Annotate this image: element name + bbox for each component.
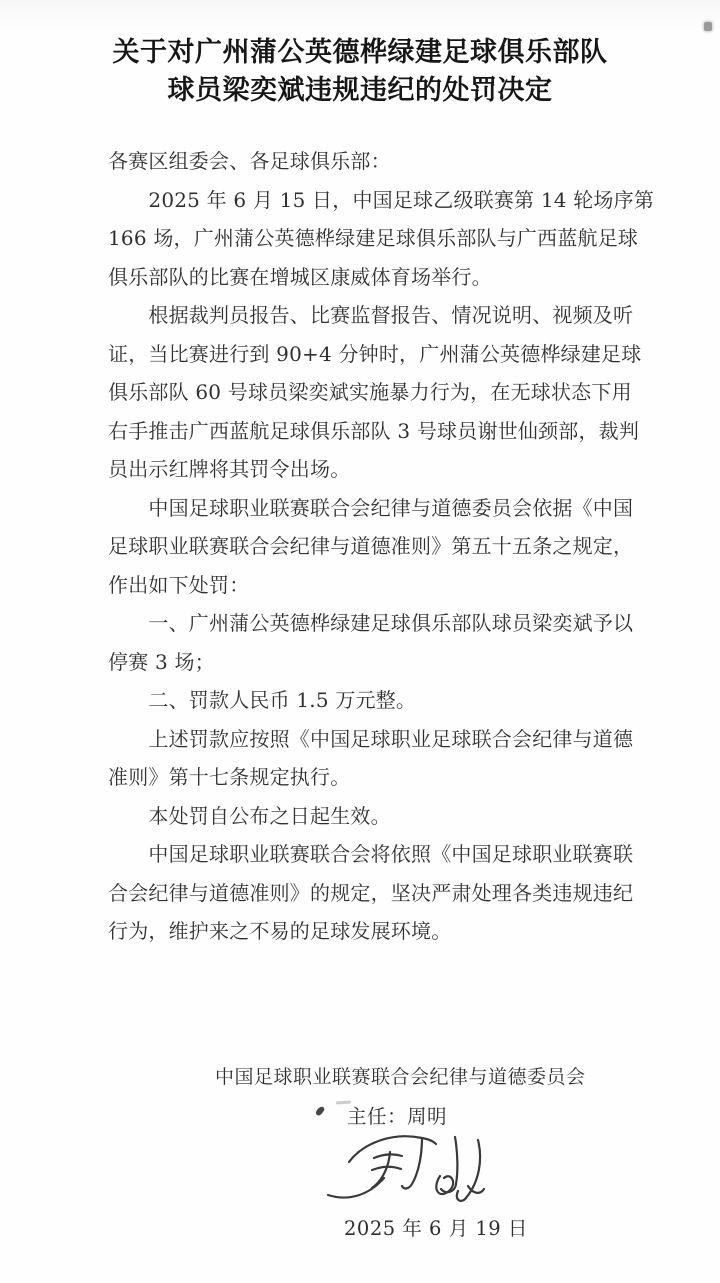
body-line: 俱乐部队 60 号球员梁奕斌实施暴力行为，在无球状态下用	[108, 373, 622, 412]
closing-committee-name: 中国足球职业联赛联合会纪律与道德委员会	[215, 1064, 587, 1090]
document-title-line: 球员梁奕斌违规违纪的处罚决定	[0, 72, 720, 110]
body-line: 上述罚款应按照《中国足球职业足球联合会纪律与道德	[108, 720, 622, 759]
body-line: 准则》第十七条规定执行。	[108, 758, 622, 797]
body-line: 一、广州蒲公英德桦绿建足球俱乐部队球员梁奕斌予以	[108, 604, 622, 643]
scanned-document-page: 关于对广州蒲公英德桦绿建足球俱乐部队球员梁奕斌违规违纪的处罚决定 各赛区组委会、…	[0, 0, 720, 1283]
director-handwritten-signature-image	[322, 1128, 502, 1218]
closing-date: 2025 年 6 月 19 日	[344, 1216, 528, 1242]
closing-director-line: 主任：周明	[347, 1104, 447, 1130]
body-line: 二、罚款人民币 1.5 万元整。	[108, 681, 622, 720]
body-line: 中国足球职业联赛联合会纪律与道德委员会依据《中国	[108, 489, 622, 528]
body-line: 本处罚自公布之日起生效。	[108, 797, 622, 836]
body-line: 166 场，广州蒲公英德桦绿建足球俱乐部队与广西蓝航足球	[108, 219, 622, 258]
body-line: 俱乐部队的比赛在增城区康威体育场举行。	[108, 258, 622, 297]
body-line: 足球职业联赛联合会纪律与道德准则》第五十五条之规定，	[108, 527, 622, 566]
body-line: 各赛区组委会、各足球俱乐部：	[108, 142, 622, 181]
scan-shadow-tint	[0, 0, 720, 30]
scan-artifact-speck	[704, 22, 712, 31]
body-line: 停赛 3 场；	[108, 643, 622, 682]
body-line: 证，当比赛进行到 90+4 分钟时，广州蒲公英德桦绿建足球	[108, 335, 622, 374]
document-body: 各赛区组委会、各足球俱乐部： 2025 年 6 月 15 日，中国足球乙级联赛第…	[108, 142, 622, 951]
document-title-line: 关于对广州蒲公英德桦绿建足球俱乐部队	[0, 34, 720, 72]
body-line: 合会纪律与道德准则》的规定，坚决严肃处理各类违规违纪	[108, 874, 622, 913]
body-line: 作出如下处罚：	[108, 566, 622, 605]
body-line: 根据裁判员报告、比赛监督报告、情况说明、视频及听	[108, 296, 622, 335]
body-line: 员出示红牌将其罚令出场。	[108, 450, 622, 489]
body-line: 行为，维护来之不易的足球发展环境。	[108, 912, 622, 951]
body-line: 中国足球职业联赛联合会将依照《中国足球职业联赛联	[108, 835, 622, 874]
document-title: 关于对广州蒲公英德桦绿建足球俱乐部队球员梁奕斌违规违纪的处罚决定	[0, 34, 720, 110]
body-line: 右手推击广西蓝航足球俱乐部队 3 号球员谢世仙颈部，裁判	[108, 412, 622, 451]
body-line: 2025 年 6 月 15 日，中国足球乙级联赛第 14 轮场序第	[108, 181, 622, 220]
pen-mark-speck	[315, 1105, 326, 1117]
